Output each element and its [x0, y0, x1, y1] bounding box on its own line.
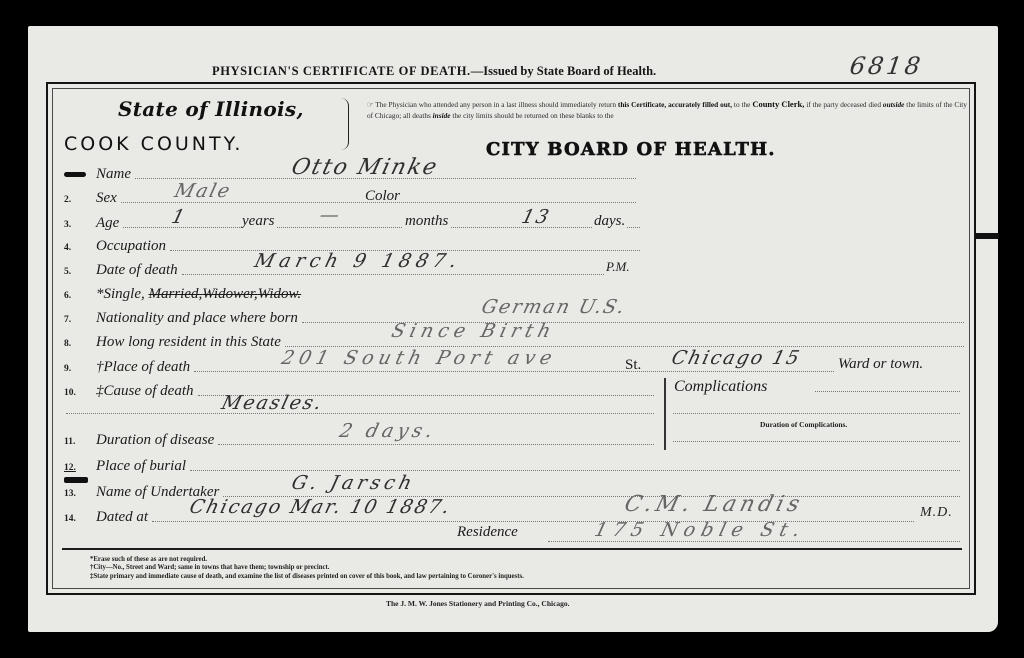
row-marker: [64, 172, 86, 177]
certificate-title: PHYSICIAN'S CERTIFICATE OF DEATH.—Issued…: [212, 64, 656, 79]
widow-option: Widow.: [258, 286, 301, 303]
title-text: PHYSICIAN'S CERTIFICATE OF DEATH.: [212, 64, 471, 78]
physician-signature: C.M. Landis: [622, 492, 806, 517]
sex-label: Sex: [96, 190, 117, 207]
place-of-burial-label: Place of burial: [96, 458, 186, 475]
name-label: Name: [96, 166, 131, 183]
cause-line-2: [66, 412, 654, 414]
residency-label: How long resident in this State: [96, 334, 281, 351]
certificate-number: 6818: [848, 52, 925, 80]
cause-of-death-value: Measles.: [219, 392, 325, 414]
state-heading: State of Illinois,: [118, 97, 304, 121]
place-of-death-label: †Place of death: [96, 359, 190, 376]
single-option: *Single,: [96, 286, 145, 303]
duration-value: 2 days.: [337, 420, 439, 442]
dated-at-label: Dated at: [96, 509, 148, 526]
printer-imprint: The J. M. W. Jones Stationery and Printi…: [386, 599, 570, 608]
footnote-2: †City—No., Street and Ward; same in town…: [90, 564, 524, 572]
years-label: years: [240, 213, 277, 230]
dated-at-value: Chicago Mar. 10 1887.: [187, 496, 453, 518]
residency-value: Since Birth: [389, 320, 558, 342]
age-label: Age: [96, 215, 119, 232]
date-of-death-value: March 9 1887.: [252, 250, 464, 272]
married-option: Married,: [149, 286, 203, 303]
county-heading: COOK COUNTY.: [64, 133, 243, 155]
duration-of-complications-label: Duration of Complications.: [760, 420, 847, 429]
field-place-of-burial: 12. Place of burial: [64, 455, 960, 475]
pm-label: P.M.: [606, 259, 630, 275]
sex-value: Male: [172, 180, 234, 202]
footnote-3: ‡State primary and immediate cause of de…: [90, 573, 524, 581]
duration-label: Duration of disease: [96, 432, 214, 449]
color-label: Color: [365, 188, 400, 205]
widower-option: Widower,: [202, 286, 257, 303]
ward-or-town-label: Ward or town.: [838, 356, 923, 373]
field-age: 3. Age: [64, 212, 640, 232]
issued-by-text: —Issued by State Board of Health.: [471, 64, 656, 78]
footnotes: *Erase such of these as are not required…: [90, 556, 524, 581]
complications-divider: [664, 378, 666, 450]
brace-divider: [340, 98, 349, 150]
occupation-label: Occupation: [96, 238, 166, 255]
field-marital-status: 6. *Single, Married, Widower, Widow.: [64, 283, 301, 303]
st-label: St.: [625, 357, 641, 374]
city-board-of-health: CITY BOARD OF HEALTH.: [486, 139, 776, 160]
footer-divider: [62, 548, 962, 550]
place-of-death-value: 201 South Port ave: [279, 347, 559, 369]
md-label: M.D.: [920, 505, 953, 521]
footnote-1: *Erase such of these as are not required…: [90, 556, 524, 564]
months-label: months: [403, 213, 450, 230]
name-value: Otto Minke: [289, 155, 441, 180]
undertaker-value: G. Jarsch: [289, 472, 418, 494]
residence-value: 175 Noble St.: [592, 519, 808, 541]
field-cause-of-death: 10. ‡Cause of death: [64, 380, 654, 400]
residence-label: Residence: [457, 524, 518, 541]
date-of-death-label: Date of death: [96, 262, 178, 279]
complications-label: Complications: [674, 378, 767, 396]
days-label: days.: [592, 213, 627, 230]
place-of-death-city: Chicago 15: [669, 347, 803, 369]
field-sex: 2. Sex: [64, 187, 636, 207]
nationality-label: Nationality and place where born: [96, 310, 298, 327]
cause-of-death-label: ‡Cause of death: [96, 383, 194, 400]
nationality-value: German U.S.: [479, 296, 628, 318]
page-tab-marker: [975, 233, 999, 239]
physician-notice: ☞ The Physician who attended any person …: [367, 99, 967, 121]
age-days-value: 13: [519, 206, 553, 228]
